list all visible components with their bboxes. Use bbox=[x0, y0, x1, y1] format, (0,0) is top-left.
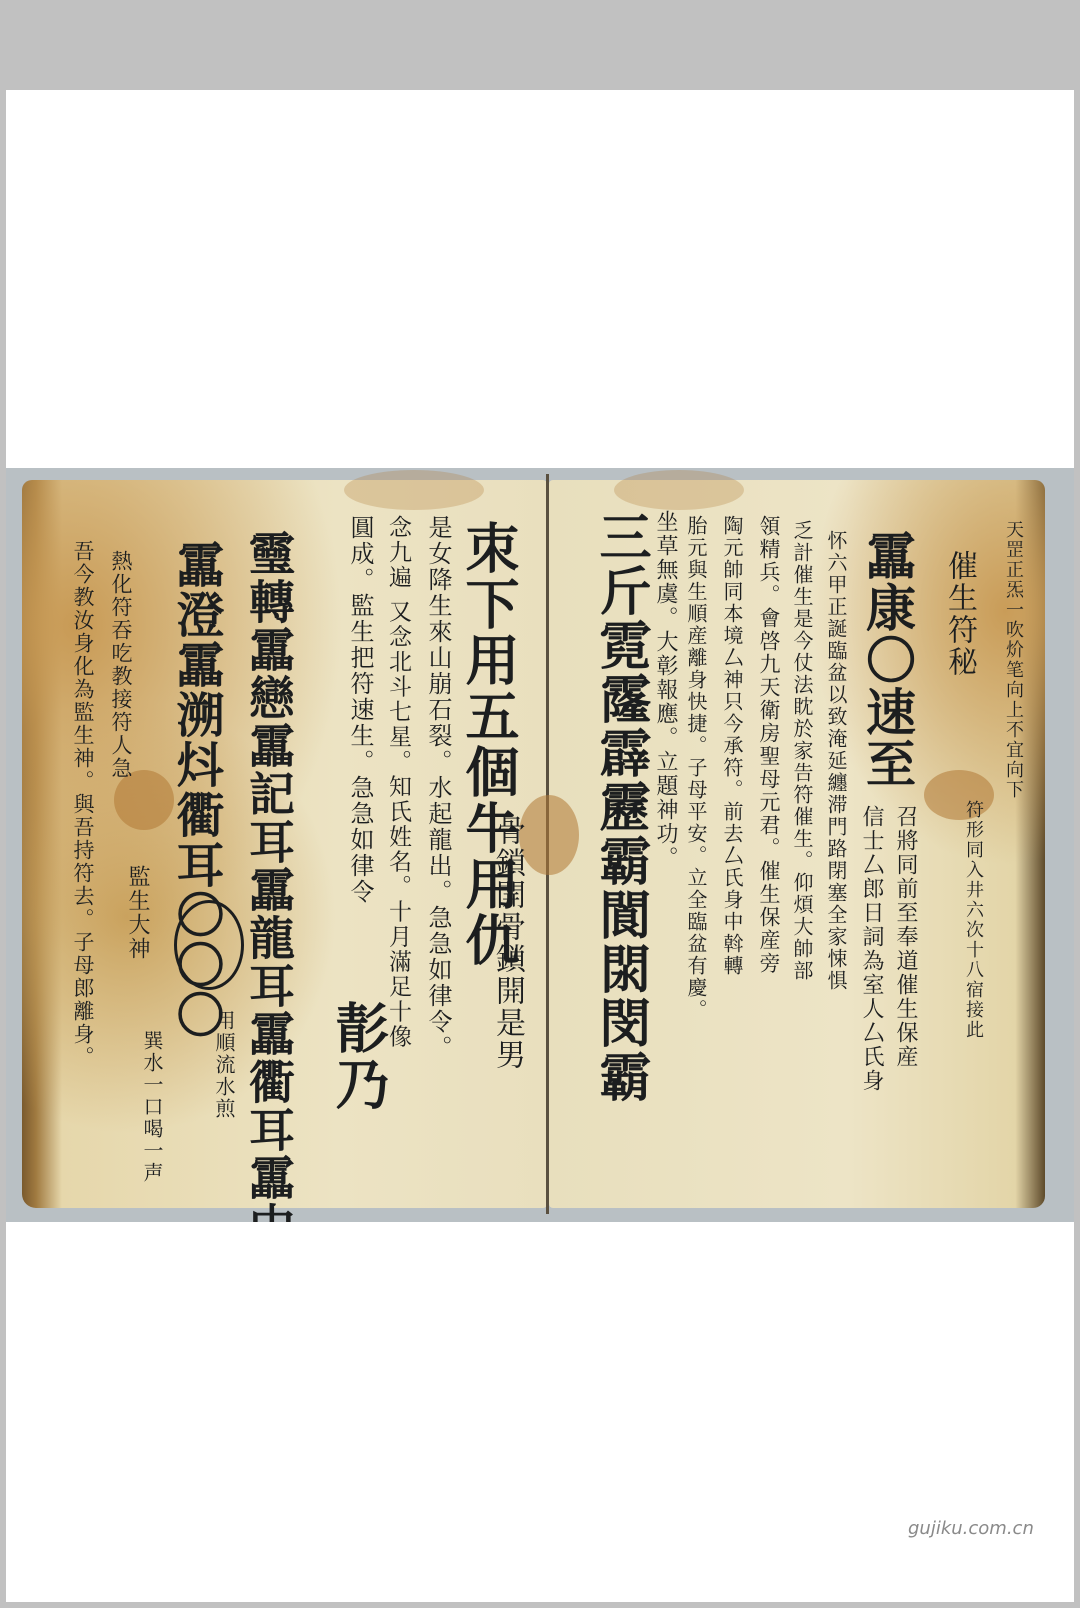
talisman-column: 𩇕乃 bbox=[332, 1000, 386, 1112]
talisman-seal-icon bbox=[174, 900, 244, 990]
text-column: 胎元與生順産離身快捷。子母平安。立全臨盆有慶。 bbox=[686, 515, 706, 1021]
text-column: 乏計催生是今仗法眈於家告符催生。仰煩大帥部 bbox=[792, 520, 812, 982]
text-column: 吾今教汝身化為監生神。與吾持符去。子母郎離身。 bbox=[72, 540, 93, 1069]
text-column: 熱化符吞吃教接符人急 bbox=[110, 550, 131, 780]
text-column: 念九遍 又念北斗七星。知氏姓名。十月滿足十像 bbox=[386, 515, 409, 1049]
book-scan-image: 天罡正炁一吹炌笔向上不宜向下 催生符秘 符形同入井六次十八宿接此 靁康〇速至 召… bbox=[6, 468, 1074, 1222]
text-column: 坐草無虞。大彰報應。立題神功。 bbox=[654, 510, 676, 870]
text-column: 天罡正炁一吹炌笔向上不宜向下 bbox=[1004, 520, 1022, 800]
text-column: 用順流水煎 bbox=[214, 1010, 234, 1120]
talisman-column: 靁康〇速至 bbox=[862, 530, 912, 790]
site-watermark: gujiku.com.cn bbox=[908, 1518, 1034, 1539]
water-stain bbox=[344, 470, 484, 510]
open-book: 天罡正炁一吹炌笔向上不宜向下 催生符秘 符形同入井六次十八宿接此 靁康〇速至 召… bbox=[14, 470, 1054, 1218]
water-stain bbox=[614, 470, 744, 510]
text-column: 召將同前至奉道催生保産 bbox=[894, 805, 916, 1069]
text-column: 怀六甲正誕臨盆以致淹延纏滞門路閉塞全家悚惧 bbox=[826, 530, 846, 992]
text-column: 是女降生來山崩石裂。水起龍出。急急如律令。 bbox=[426, 515, 450, 1061]
text-column: 領精兵。會啓九天衛房聖母元君。催生保産旁 bbox=[758, 515, 779, 975]
talisman-column: 𩆜轉靁戀靁記耳靁龍耳靁衢耳靁中靁泓 bbox=[246, 530, 292, 1222]
text-column: 巽水一口喝一声 bbox=[142, 1030, 162, 1184]
text-column: 圓成。監生把符速生。急急如律令 bbox=[348, 515, 372, 905]
water-stain bbox=[519, 795, 579, 875]
text-column: 骨鎖開骨鎖開是男 bbox=[492, 815, 522, 1071]
text-column: 符形同入井六次十八宿接此 bbox=[964, 800, 982, 1040]
talisman-column: 三斤霓霳霹靂霸閬閖閔霸 bbox=[594, 510, 646, 1104]
section-title: 催生符秘 bbox=[944, 550, 974, 678]
text-column: 陶元帥同本境厶神只今承符。前去厶氏身中斡轉 bbox=[722, 515, 742, 977]
text-column: 監生大神 bbox=[126, 865, 148, 961]
text-column: 信士厶郎日詞為室人厶氏身 bbox=[860, 805, 882, 1093]
